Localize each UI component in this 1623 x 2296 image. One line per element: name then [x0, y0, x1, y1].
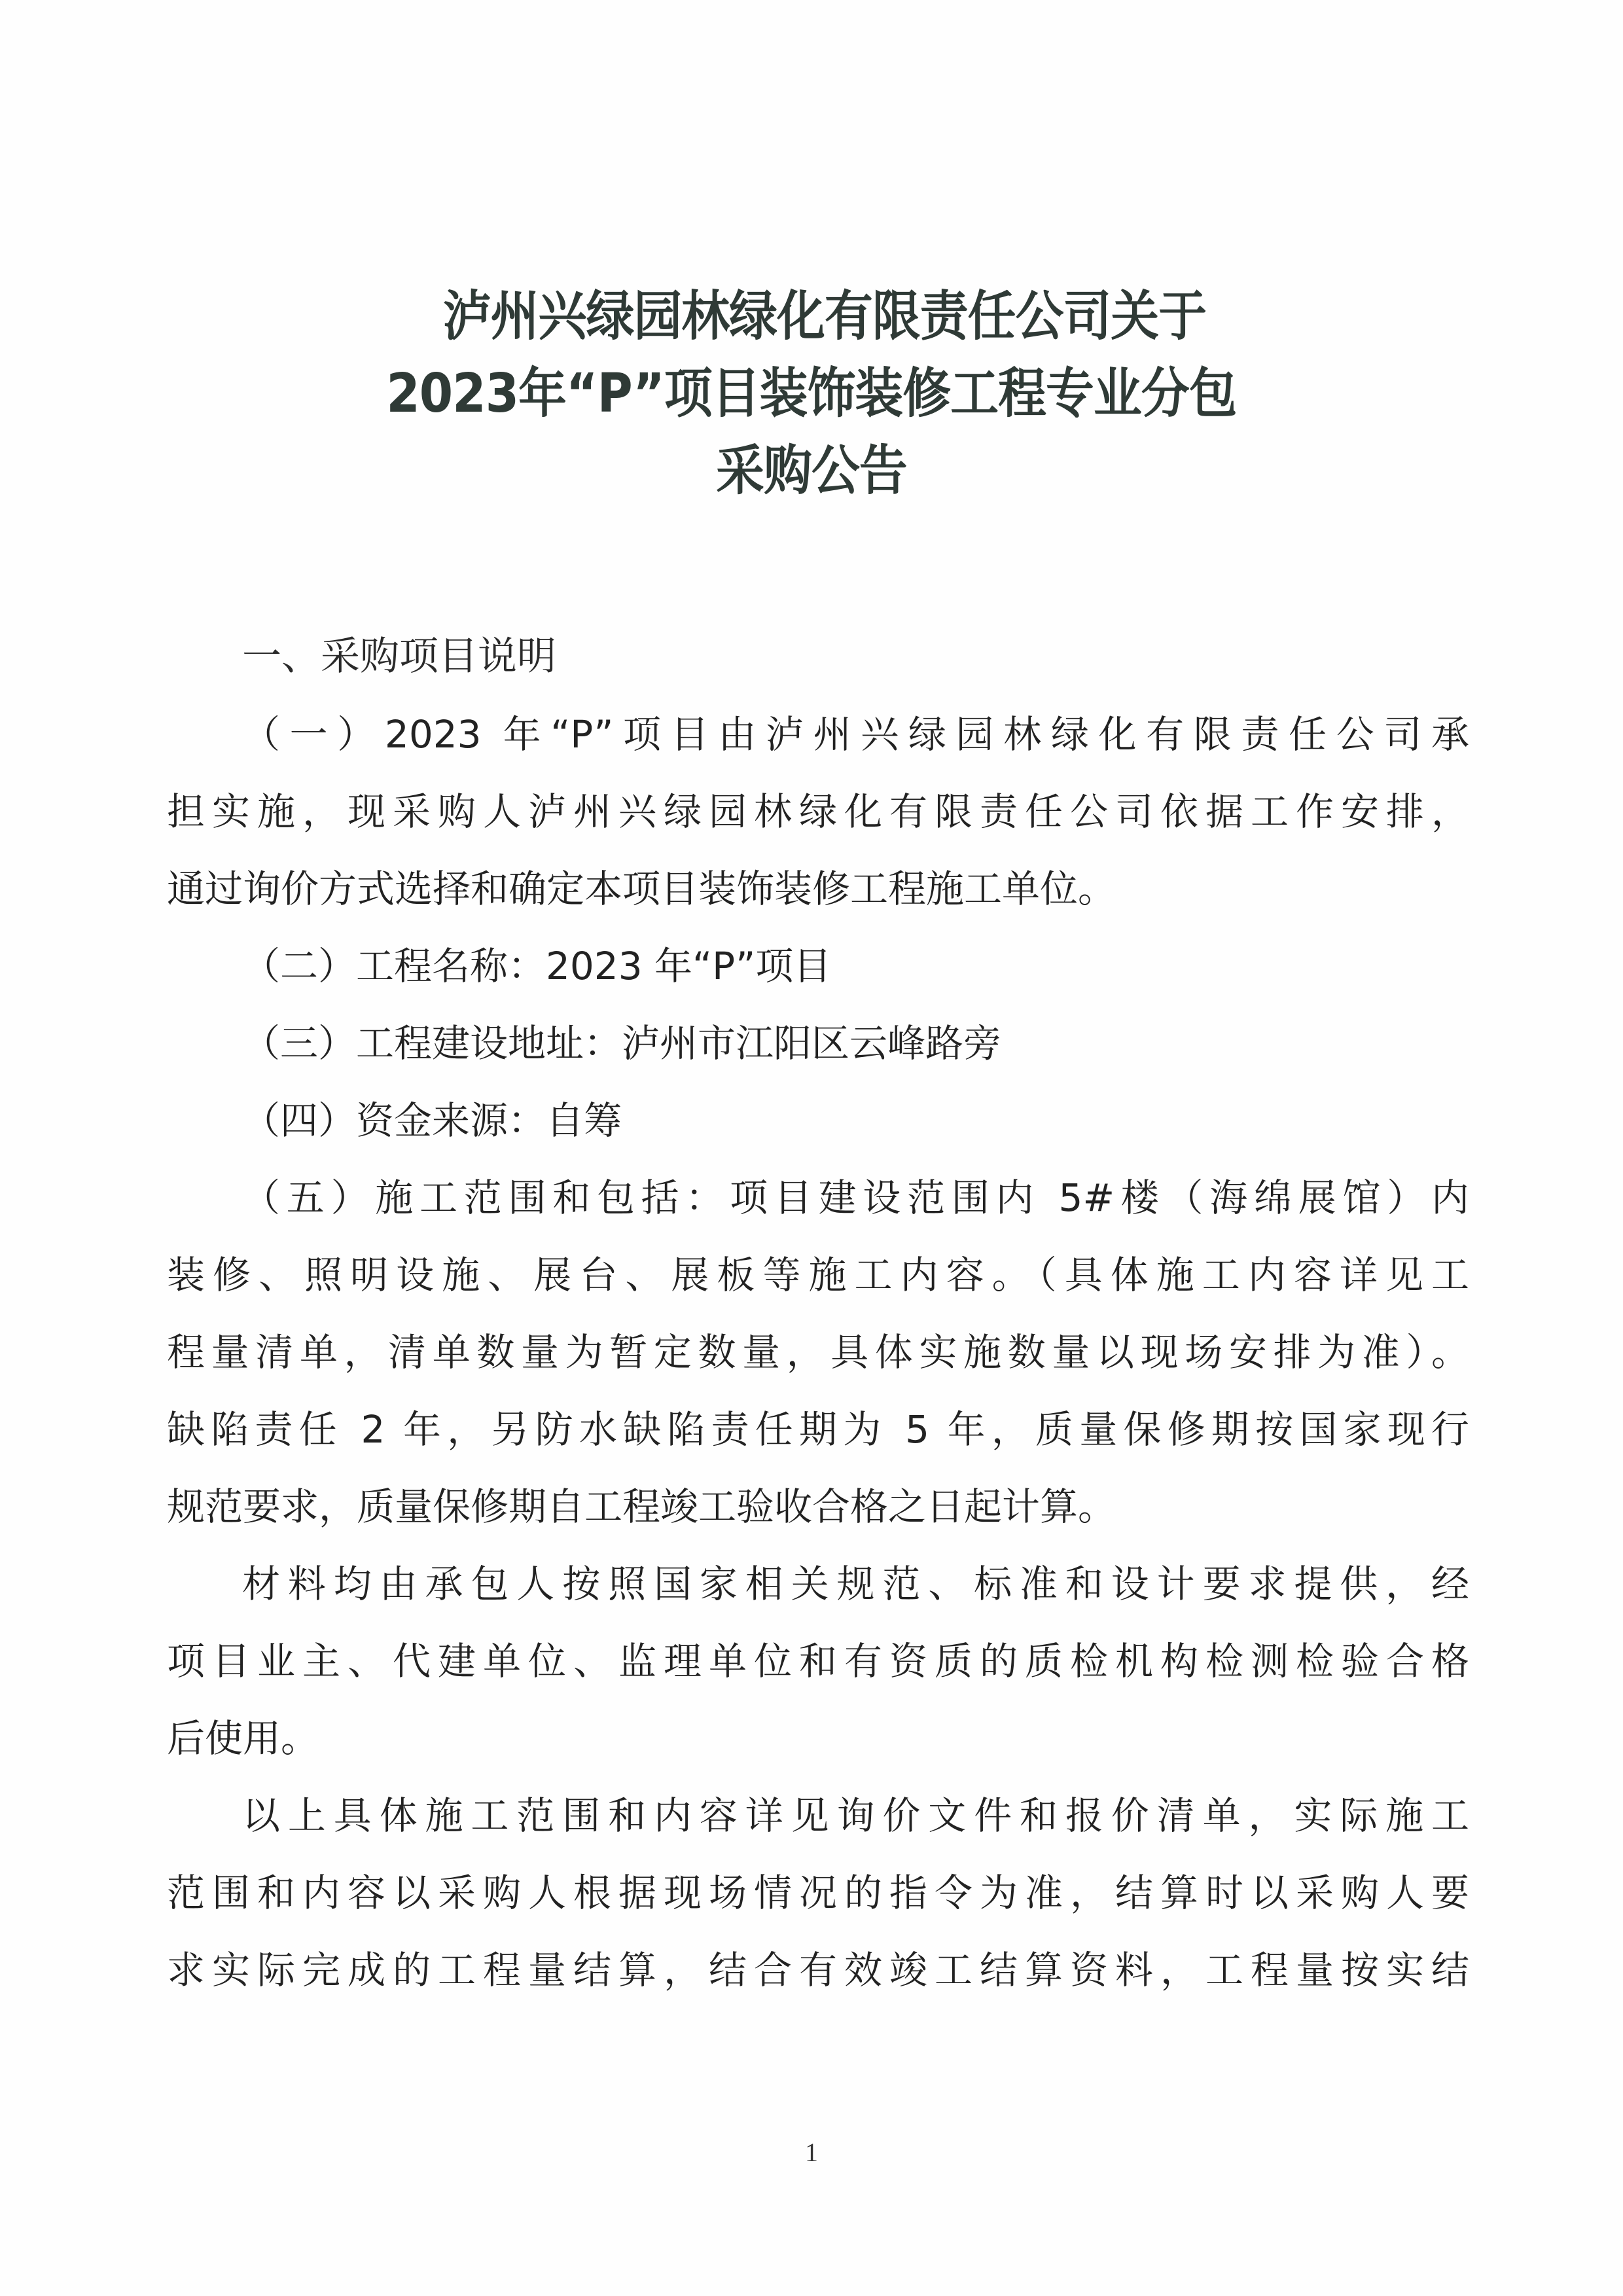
- document-page: 泸州兴绿园林绿化有限责任公司关于 2023年“P”项目装饰装修工程专业分包 采购…: [0, 0, 1623, 2296]
- paragraph-line: 范围和内容以采购人根据现场情况的指令为准，结算时以采购人要: [167, 1867, 1469, 1919]
- title-line-1: 泸州兴绿园林绿化有限责任公司关于: [106, 278, 1543, 355]
- project-address-line: （三）工程建设地址：泸州市江阳区云峰路旁: [242, 1017, 1469, 1069]
- paragraph-line: 缺陷责任 2 年，另防水缺陷责任期为 5 年，质量保修期按国家现行: [167, 1403, 1469, 1456]
- paragraph-line: 担实施，现采购人泸州兴绿园林绿化有限责任公司依据工作安排，: [167, 785, 1469, 838]
- section-heading: 一、采购项目说明: [242, 625, 556, 681]
- paragraph-line: 程量清单，清单数量为暂定数量，具体实施数量以现场安排为准）。: [167, 1326, 1469, 1378]
- funding-source-line: （四）资金来源：自筹: [242, 1094, 1469, 1147]
- document-title: 泸州兴绿园林绿化有限责任公司关于 2023年“P”项目装饰装修工程专业分包 采购…: [0, 278, 1623, 510]
- paragraph-line: 规范要求，质量保修期自工程竣工验收合格之日起计算。: [167, 1480, 1469, 1533]
- page-number: 1: [0, 2137, 1623, 2168]
- paragraph-line: （五）施工范围和包括：项目建设范围内 5#楼（海绵展馆）内: [242, 1172, 1469, 1224]
- title-line-3: 采购公告: [81, 433, 1542, 510]
- paragraph-line: （一）2023 年“P”项目由泸州兴绿园林绿化有限责任公司承: [242, 708, 1469, 761]
- project-name-line: （二）工程名称：2023 年“P”项目: [242, 940, 1469, 992]
- paragraph-line: 装修、照明设施、展台、展板等施工内容。（具体施工内容详见工: [167, 1249, 1469, 1301]
- paragraph-line: 通过询价方式选择和确定本项目装饰装修工程施工单位。: [167, 863, 1469, 915]
- paragraph-line: 后使用。: [167, 1712, 1469, 1765]
- title-line-2: 2023年“P”项目装饰装修工程专业分包: [81, 355, 1542, 433]
- paragraph-line: 项目业主、代建单位、监理单位和有资质的质检机构检测检验合格: [167, 1635, 1469, 1687]
- paragraph-line: 材料均由承包人按照国家相关规范、标准和设计要求提供，经: [242, 1558, 1469, 1610]
- paragraph-line: 以上具体施工范围和内容详见询价文件和报价清单，实际施工: [242, 1789, 1469, 1842]
- paragraph-line: 求实际完成的工程量结算，结合有效竣工结算资料，工程量按实结: [167, 1944, 1469, 1996]
